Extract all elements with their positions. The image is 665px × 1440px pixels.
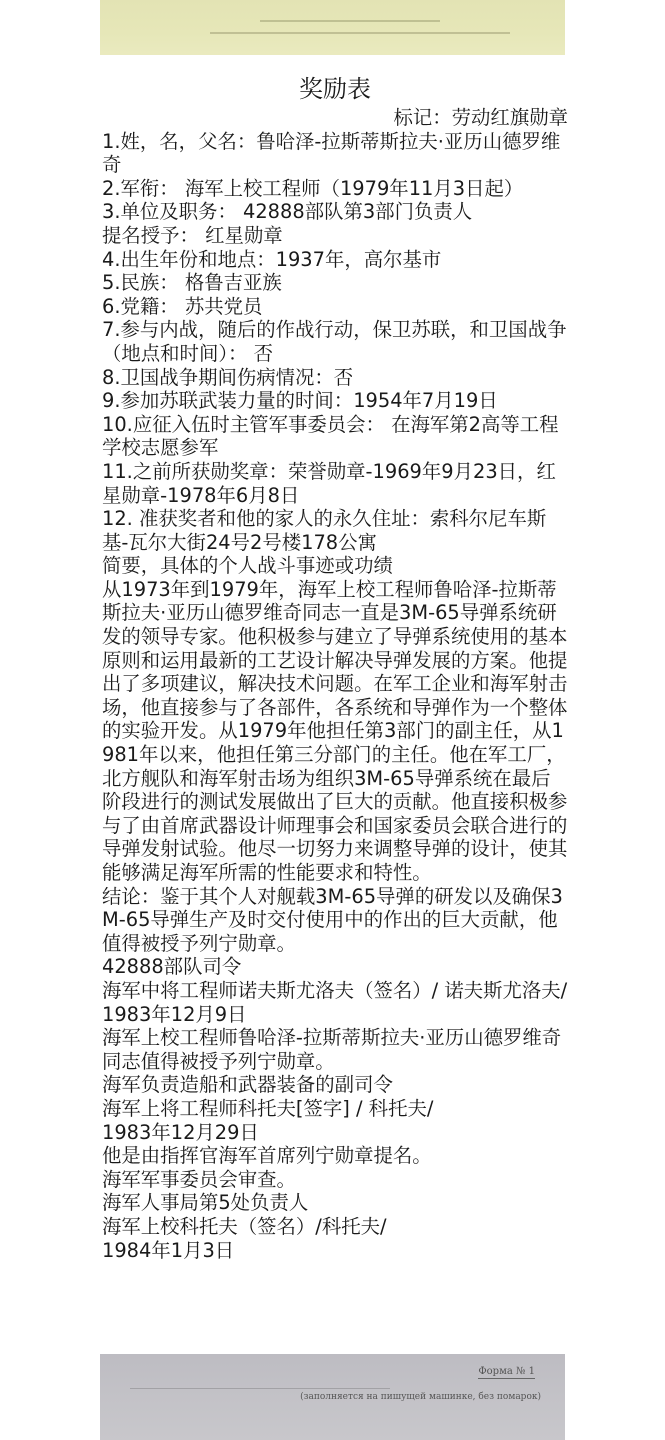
doc-line: 提名授予： 红星勋章 bbox=[102, 224, 568, 248]
doc-line: 4.出生年份和地点：1937年，高尔基市 bbox=[102, 248, 568, 272]
document-title: 奖励表 bbox=[102, 74, 568, 104]
doc-line: 3.单位及职务： 42888部队第3部门负责人 bbox=[102, 200, 568, 224]
scan-text-line bbox=[210, 32, 510, 34]
doc-line: 42888部队司令 bbox=[102, 955, 568, 979]
scanned-document-bottom: Форма № 1 (заполняется на пишущей машинк… bbox=[100, 1354, 565, 1440]
form-note: (заполняется на пишущей машинке, без пом… bbox=[300, 1392, 541, 1402]
form-number-label: Форма № 1 bbox=[478, 1366, 535, 1379]
doc-line: 6.党籍： 苏共党员 bbox=[102, 295, 568, 319]
date-line: 1983年12月9日 bbox=[102, 1003, 568, 1027]
doc-line: 12. 准获奖者和他的家人的永久住址：索科尔尼车斯基-瓦尔大街24号2号楼178… bbox=[102, 507, 568, 554]
section-heading: 简要，具体的个人战斗事迹或功绩 bbox=[102, 554, 568, 578]
doc-line: 10.应征入伍时主管军事委员会： 在海军第2高等工程学校志愿参军 bbox=[102, 413, 568, 460]
date-line: 1983年12月29日 bbox=[102, 1121, 568, 1145]
award-mark: 标记：劳动红旗勋章 bbox=[102, 106, 568, 130]
signature-line: 海军上将工程师科托夫[签字] / 科托夫/ bbox=[102, 1097, 568, 1121]
award-document: 奖励表 标记：劳动红旗勋章 1.姓，名，父名：鲁哈泽-拉斯蒂斯拉夫·亚历山德罗维… bbox=[102, 74, 568, 1262]
conclusion-paragraph: 结论：鉴于其个人对舰载3M-65导弹的研发以及确保3M-65导弹生产及时交付使用… bbox=[102, 885, 568, 956]
date-line: 1984年1月3日 bbox=[102, 1239, 568, 1263]
doc-line: 9.参加苏联武装力量的时间：1954年7月19日 bbox=[102, 389, 568, 413]
doc-line: 海军上校工程师鲁哈泽-拉斯蒂斯拉夫·亚历山德罗维奇同志值得被授予列宁勋章。 bbox=[102, 1026, 568, 1073]
doc-line: 5.民族： 格鲁吉亚族 bbox=[102, 271, 568, 295]
doc-line: 海军军事委员会审查。 bbox=[102, 1168, 568, 1192]
signature-line: 海军上校科托夫（签名）/科托夫/ bbox=[102, 1215, 568, 1239]
doc-line: 8.卫国战争期间伤病情况：否 bbox=[102, 366, 568, 390]
doc-line: 2.军衔： 海军上校工程师（1979年11月3日起） bbox=[102, 177, 568, 201]
doc-line: 海军负责造船和武器装备的副司令 bbox=[102, 1073, 568, 1097]
doc-line: 11.之前所获勋奖章：荣誉勋章-1969年9月23日，红星勋章-1978年6月8… bbox=[102, 460, 568, 507]
scan-rule-line bbox=[130, 1388, 390, 1389]
signature-line: 海军中将工程师诺夫斯尤洛夫（签名）/ 诺夫斯尤洛夫/ bbox=[102, 979, 568, 1003]
doc-line: 7.参与内战，随后的作战行动，保卫苏联，和卫国战争（地点和时间）： 否 bbox=[102, 318, 568, 365]
achievement-paragraph: 从1973年到1979年，海军上校工程师鲁哈泽-拉斯蒂斯拉夫·亚历山德罗维奇同志… bbox=[102, 578, 568, 885]
scanned-document-top bbox=[100, 0, 565, 55]
doc-line: 他是由指挥官海军首席列宁勋章提名。 bbox=[102, 1144, 568, 1168]
doc-line: 1.姓，名，父名：鲁哈泽-拉斯蒂斯拉夫·亚历山德罗维奇 bbox=[102, 130, 568, 177]
scan-text-line bbox=[260, 20, 440, 22]
doc-line: 海军人事局第5处负责人 bbox=[102, 1191, 568, 1215]
